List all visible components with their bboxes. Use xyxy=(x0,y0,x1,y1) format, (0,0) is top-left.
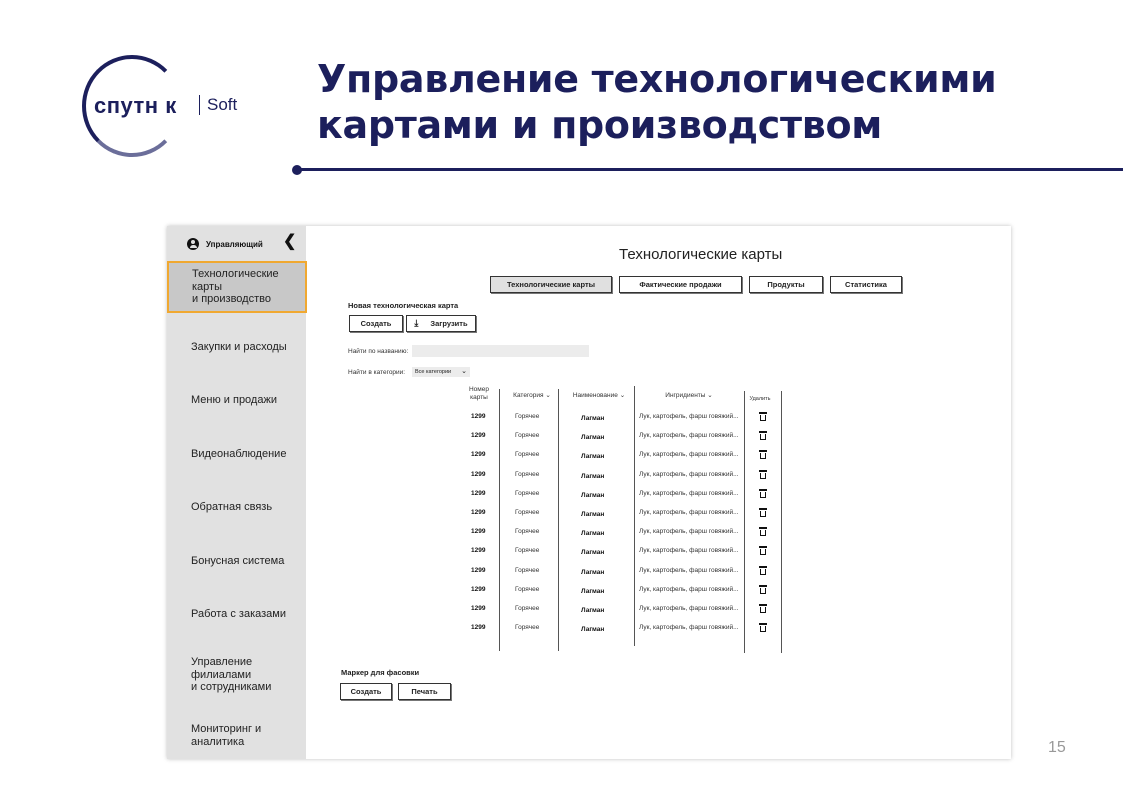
sidebar-item[interactable]: Управление филиалами и сотрудниками xyxy=(167,656,306,694)
column-divider xyxy=(634,386,635,646)
card-category: Горячее xyxy=(515,624,539,631)
slide-title: Управление технологическими картами и пр… xyxy=(317,56,996,148)
tab-label: Фактические продажи xyxy=(639,280,721,289)
card-category: Горячее xyxy=(515,490,539,497)
card-number: 1299 xyxy=(471,509,485,516)
card-ingredients: Лук, картофель, фарш говяжий... xyxy=(639,586,739,593)
card-number: 1299 xyxy=(471,586,485,593)
category-select[interactable]: Все категории ⌄ xyxy=(412,367,470,377)
tab-label: Продукты xyxy=(767,280,804,289)
title-underline-dot xyxy=(292,165,302,175)
card-number: 1299 xyxy=(471,413,485,420)
tab-label: Технологические карты xyxy=(507,280,595,289)
tech-cards-table: Номер карты Категория ⌄ Наименование ⌄ И… xyxy=(461,386,783,651)
card-ingredients: Лук, картофель, фарш говяжий... xyxy=(639,567,739,574)
tab[interactable]: Статистика xyxy=(830,276,902,293)
trash-icon[interactable] xyxy=(759,585,767,595)
tab[interactable]: Технологические карты xyxy=(490,276,612,293)
search-name-input[interactable] xyxy=(412,345,589,357)
search-category-label: Найти в категории: xyxy=(348,369,405,376)
user-icon xyxy=(187,238,199,250)
card-name: Лагман xyxy=(581,511,604,518)
tab[interactable]: Продукты xyxy=(749,276,823,293)
card-number: 1299 xyxy=(471,547,485,554)
sidebar-item[interactable]: Бонусная система xyxy=(167,555,306,568)
sidebar-item-label: Видеонаблюдение xyxy=(191,448,286,460)
card-ingredients: Лук, картофель, фарш говяжий... xyxy=(639,432,739,439)
card-category: Горячее xyxy=(515,567,539,574)
trash-icon[interactable] xyxy=(759,566,767,576)
card-ingredients: Лук, картофель, фарш говяжий... xyxy=(639,624,739,631)
chevron-down-icon: ⌄ xyxy=(620,392,625,399)
column-divider xyxy=(744,391,745,653)
chevron-down-icon: ⌄ xyxy=(545,392,550,399)
sidebar-item-label: Закупки и расходы xyxy=(191,341,287,353)
company-logo: спутн к Soft xyxy=(80,55,270,160)
trash-icon[interactable] xyxy=(759,470,767,480)
column-divider xyxy=(558,389,559,651)
col-header-category[interactable]: Категория ⌄ xyxy=(507,392,557,400)
sidebar-item[interactable]: Закупки и расходы xyxy=(167,341,306,354)
card-number: 1299 xyxy=(471,528,485,535)
search-name-label: Найти по названию: xyxy=(348,348,408,355)
create-card-label: Создать xyxy=(361,319,392,328)
upload-button[interactable]: ⤓ Загрузить xyxy=(406,315,476,332)
sidebar-item-label: Работа с заказами xyxy=(191,608,286,620)
card-name: Лагман xyxy=(581,492,604,499)
slide-title-line-1: Управление технологическими xyxy=(317,56,996,102)
chevron-left-icon[interactable]: ❮ xyxy=(283,234,296,250)
user-profile[interactable]: Управляющий xyxy=(187,237,263,251)
sidebar-item-label: Обратная связь xyxy=(191,501,272,513)
sidebar-item-label: Мониторинг и аналитика xyxy=(191,723,261,748)
card-name: Лагман xyxy=(581,453,604,460)
trash-icon[interactable] xyxy=(759,508,767,518)
column-divider xyxy=(499,389,500,651)
upload-label: Загрузить xyxy=(430,319,467,328)
create-card-button[interactable]: Создать xyxy=(349,315,403,332)
card-ingredients: Лук, картофель, фарш говяжий... xyxy=(639,413,739,420)
trash-icon[interactable] xyxy=(759,527,767,537)
sidebar-item[interactable]: Меню и продажи xyxy=(167,394,306,407)
trash-icon[interactable] xyxy=(759,489,767,499)
sidebar-item-label: Управление филиалами и сотрудниками xyxy=(191,656,271,693)
trash-icon[interactable] xyxy=(759,604,767,614)
tab[interactable]: Фактические продажи xyxy=(619,276,742,293)
sidebar-item-label: Бонусная система xyxy=(191,555,284,567)
card-category: Горячее xyxy=(515,432,539,439)
chevron-down-icon: ⌄ xyxy=(707,392,712,399)
col-header-ingredients[interactable]: Ингридиенты ⌄ xyxy=(639,392,739,400)
card-name: Лагман xyxy=(581,588,604,595)
trash-icon[interactable] xyxy=(759,412,767,422)
card-ingredients: Лук, картофель, фарш говяжий... xyxy=(639,451,739,458)
card-name: Лагман xyxy=(581,626,604,633)
card-ingredients: Лук, картофель, фарш говяжий... xyxy=(639,547,739,554)
card-ingredients: Лук, картофель, фарш говяжий... xyxy=(639,490,739,497)
card-number: 1299 xyxy=(471,451,485,458)
sidebar: Управляющий ❮ Технологические карты и пр… xyxy=(167,226,306,759)
card-name: Лагман xyxy=(581,415,604,422)
card-name: Лагман xyxy=(581,434,604,441)
marker-create-button[interactable]: Создать xyxy=(340,683,392,700)
trash-icon[interactable] xyxy=(759,431,767,441)
sidebar-item[interactable]: Мониторинг и аналитика xyxy=(167,723,306,748)
col-header-name-label: Наименование xyxy=(573,392,618,399)
card-number: 1299 xyxy=(471,471,485,478)
logo-suffix: Soft xyxy=(207,95,237,115)
col-header-category-label: Категория xyxy=(513,392,543,399)
card-category: Горячее xyxy=(515,605,539,612)
card-category: Горячее xyxy=(515,471,539,478)
new-card-label: Новая технологическая карта xyxy=(348,301,458,310)
card-name: Лагман xyxy=(581,473,604,480)
logo-word: спутн к xyxy=(94,93,177,119)
sidebar-item-label: Технологические карты и производство xyxy=(192,268,279,305)
chevron-down-icon: ⌄ xyxy=(461,367,467,375)
card-name: Лагман xyxy=(581,607,604,614)
marker-create-label: Создать xyxy=(351,687,382,696)
card-category: Горячее xyxy=(515,413,539,420)
card-category: Горячее xyxy=(515,509,539,516)
card-number: 1299 xyxy=(471,432,485,439)
logo-separator xyxy=(199,95,200,115)
card-name: Лагман xyxy=(581,530,604,537)
trash-icon[interactable] xyxy=(759,450,767,460)
col-header-name[interactable]: Наименование ⌄ xyxy=(566,392,632,400)
card-ingredients: Лук, картофель, фарш говяжий... xyxy=(639,528,739,535)
sidebar-item[interactable]: Работа с заказами xyxy=(167,608,306,621)
trash-icon[interactable] xyxy=(759,623,767,633)
col-header-ingredients-label: Ингридиенты xyxy=(665,392,705,399)
page-heading: Технологические карты xyxy=(619,246,782,263)
marker-print-button[interactable]: Печать xyxy=(398,683,451,700)
sidebar-item[interactable]: Обратная связь xyxy=(167,501,306,514)
sidebar-item-label: Меню и продажи xyxy=(191,394,277,406)
card-category: Горячее xyxy=(515,547,539,554)
card-ingredients: Лук, картофель, фарш говяжий... xyxy=(639,471,739,478)
card-ingredients: Лук, картофель, фарш говяжий... xyxy=(639,509,739,516)
col-header-delete: Удалить xyxy=(743,395,777,403)
col-header-number: Номер карты xyxy=(461,386,497,402)
card-category: Горячее xyxy=(515,451,539,458)
sidebar-item[interactable]: Видеонаблюдение xyxy=(167,448,306,461)
sidebar-item[interactable]: Технологические карты и производство xyxy=(167,261,307,313)
user-role: Управляющий xyxy=(206,240,263,249)
card-name: Лагман xyxy=(581,549,604,556)
slide-title-line-2: картами и производством xyxy=(317,102,996,148)
page-number: 15 xyxy=(1048,739,1066,757)
tab-label: Статистика xyxy=(845,280,887,289)
card-number: 1299 xyxy=(471,605,485,612)
marker-print-label: Печать xyxy=(411,687,437,696)
marker-label: Маркер для фасовки xyxy=(341,668,419,677)
card-number: 1299 xyxy=(471,490,485,497)
category-select-value: Все категории xyxy=(415,369,451,375)
trash-icon[interactable] xyxy=(759,546,767,556)
card-ingredients: Лук, картофель, фарш говяжий... xyxy=(639,605,739,612)
download-icon: ⤓ xyxy=(414,318,418,329)
card-number: 1299 xyxy=(471,624,485,631)
card-name: Лагман xyxy=(581,569,604,576)
card-category: Горячее xyxy=(515,586,539,593)
card-category: Горячее xyxy=(515,528,539,535)
title-underline xyxy=(296,168,1123,171)
column-divider xyxy=(781,391,782,653)
app-mockup: Управляющий ❮ Технологические карты и пр… xyxy=(167,226,1011,759)
card-number: 1299 xyxy=(471,567,485,574)
